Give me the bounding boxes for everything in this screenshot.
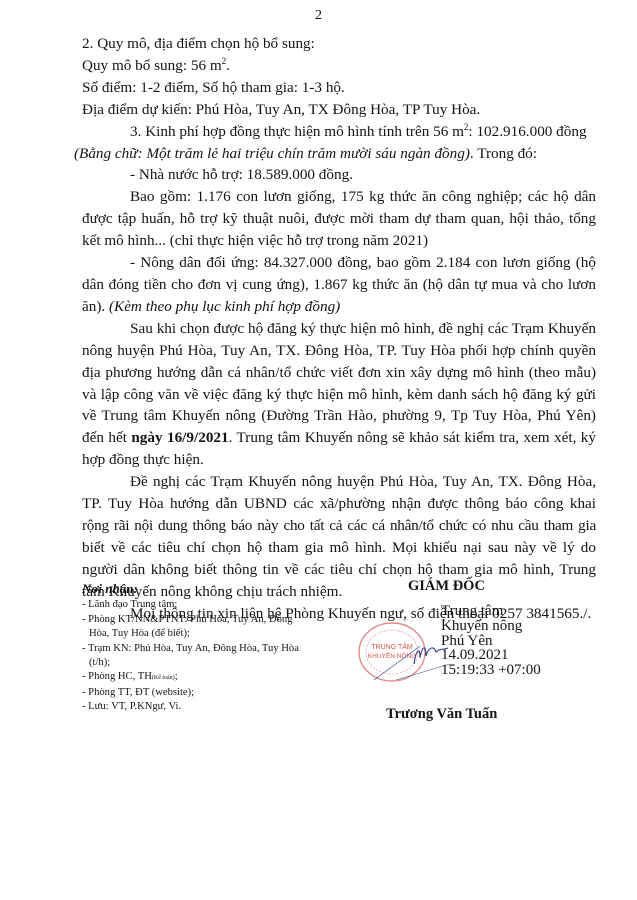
document-body: 2. Quy mô, địa điểm chọn hộ bổ sung: Quy… [82, 33, 596, 624]
deadline-date: ngày 16/9/2021 [131, 429, 228, 446]
recipient-item: - Phòng KT/NN&PTNT: Phú Hòa, Tuy An, Đôn… [82, 613, 312, 642]
digital-signature-info: Trung tâm Khuyến nông Phú Yên 14.09.2021… [441, 604, 541, 678]
page-number: 2 [0, 8, 637, 24]
recipient-item: - Phòng TT, ĐT (website); [82, 686, 312, 700]
section2-heading: 2. Quy mô, địa điểm chọn hộ bổ sung: [82, 33, 596, 55]
recipients-title: Nơi nhận: [82, 582, 312, 596]
section3-farmer: - Nông dân đối ứng: 84.327.000 đồng, bao… [82, 252, 596, 318]
section2-points: Số điểm: 1-2 điểm, Số hộ tham gia: 1-3 h… [82, 77, 596, 99]
appendix-note: (Kèm theo phụ lục kinh phí hợp đồng) [109, 298, 340, 315]
section3-includes: Bao gồm: 1.176 con lươn giống, 175 kg th… [82, 186, 596, 252]
section3-state-support: - Nhà nước hỗ trợ: 18.589.000 đồng. [82, 164, 596, 186]
svg-text:KHUYẾN NÔNG: KHUYẾN NÔNG [368, 650, 416, 660]
recipient-item: - Lưu: VT, P.KNgư, Vi. [82, 700, 312, 714]
recipients-block: Nơi nhận: - Lãnh đạo Trung tâm; - Phòng … [82, 582, 312, 715]
svg-text:TRUNG TÂM: TRUNG TÂM [371, 642, 413, 651]
recipient-item: - Trạm KN: Phú Hòa, Tuy An, Đông Hòa, Tu… [82, 642, 312, 671]
recipient-item: - Lãnh đạo Trung tâm; [82, 598, 312, 612]
section2-locations: Địa điểm dự kiến: Phú Hòa, Tuy An, TX Đô… [82, 99, 596, 121]
section3-cost: 3. Kinh phí hợp đồng thực hiện mô hình t… [82, 121, 596, 143]
para-registration: Sau khi chọn được hộ đăng ký thực hiện m… [82, 318, 596, 471]
signer-name: Trương Văn Tuấn [386, 706, 497, 723]
recipient-item: - Phòng HC, TH(Kế toán); [82, 670, 312, 685]
signer-role: GIÁM ĐỐC [408, 578, 485, 595]
official-stamp-icon: TRUNG TÂM KHUYẾN NÔNG [354, 620, 450, 684]
section2-scale: Quy mô bổ sung: 56 m2. [82, 55, 596, 77]
section3-in-words: (Bằng chữ: Một trăm lẻ hai triệu chín tr… [74, 143, 596, 165]
